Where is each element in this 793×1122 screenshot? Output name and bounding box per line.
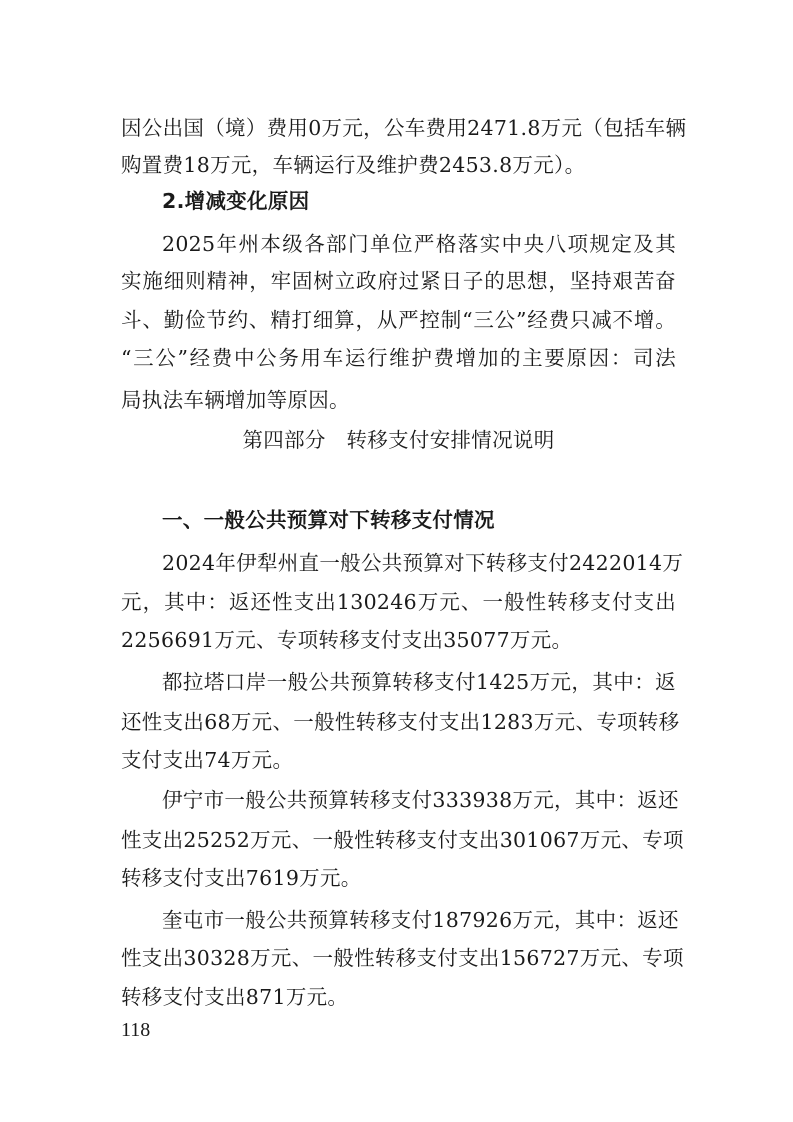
body-text-line: 奎屯市一般公共预算转移支付187926万元，其中：返还	[162, 905, 676, 935]
body-text-line: 斗、勤俭节约、精打细算，从严控制“三公”经费只减不增。	[121, 305, 676, 335]
body-text-line: 性支出30328万元、一般性转移支付支出156727万元、专项	[121, 943, 676, 973]
body-text-line: 购置费18万元，车辆运行及维护费2453.8万元）。	[121, 150, 676, 180]
body-text-line: 2024年伊犁州直一般公共预算对下转移支付2422014万	[162, 548, 676, 578]
body-text-line: 转移支付支出871万元。	[121, 982, 676, 1012]
body-text-line: 转移支付支出7619万元。	[121, 863, 676, 893]
body-text-line: 都拉塔口岸一般公共预算转移支付1425万元，其中：返	[162, 667, 676, 697]
body-text-line: 元，其中：返还性支出130246万元、一般性转移支付支出	[121, 587, 676, 617]
body-text-line: 2256691万元、专项转移支付支出35077万元。	[121, 625, 676, 655]
page-number: 118	[121, 1018, 150, 1042]
body-text-line: 实施细则精神，牢固树立政府过紧日子的思想，坚持艰苦奋	[121, 266, 676, 296]
body-text-line: 还性支出68万元、一般性转移支付支出1283万元、专项转移	[121, 707, 676, 737]
body-text-line: 2025年州本级各部门单位严格落实中央八项规定及其	[162, 229, 676, 259]
body-text-line: 局执法车辆增加等原因。	[121, 385, 676, 415]
section-heading: 一、一般公共预算对下转移支付情况	[162, 505, 676, 535]
subsection-heading: 2.增减变化原因	[162, 186, 676, 216]
body-text-line: 支付支出74万元。	[121, 745, 676, 775]
body-text-line: 伊宁市一般公共预算转移支付333938万元，其中：返还	[162, 785, 676, 815]
part-title: 第四部分 转移支付安排情况说明	[121, 425, 676, 455]
body-text-line: 因公出国（境）费用0万元，公车费用2471.8万元（包括车辆	[121, 113, 676, 143]
body-text-line: 性支出25252万元、一般性转移支付支出301067万元、专项	[121, 825, 676, 855]
body-text-line: “三公”经费中公务用车运行维护费增加的主要原因：司法	[121, 343, 676, 373]
